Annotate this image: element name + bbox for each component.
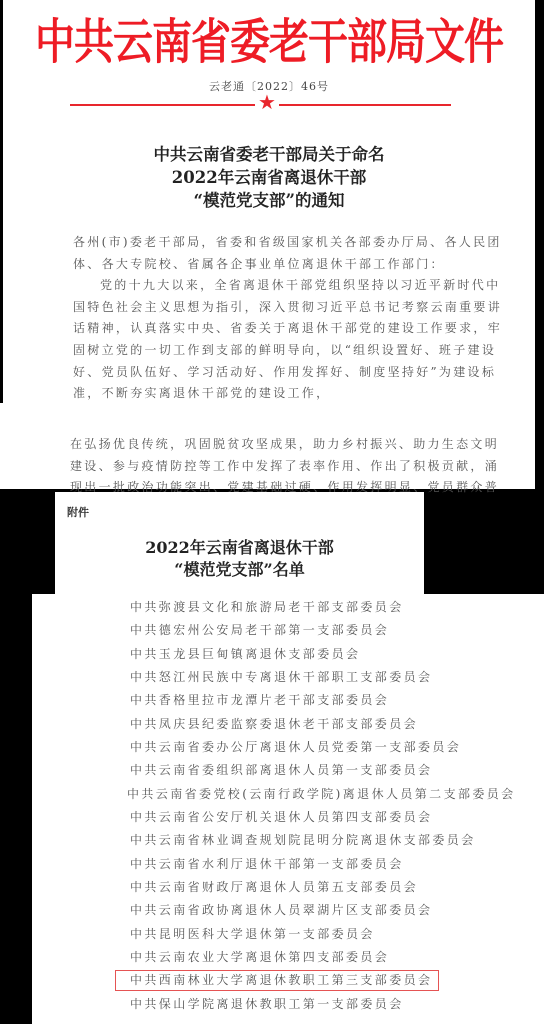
annex-header: 附件 2022年云南省离退休干部 “模范党支部”名单 [55,492,424,594]
issuer-title: 中共云南省委老干部局文件 [3,4,535,72]
list-item: 中共昆明医科大学退休第一支部委员会 [128,924,516,947]
list-item: 中共弥渡县文化和旅游局老干部支部委员会 [128,597,516,620]
notice-page: 中共云南省委老干部局文件 云老通〔2022〕46号 ★ 中共云南省委老干部局关于… [3,0,535,489]
list-item: 中共香格里拉市龙潭片老干部支部委员会 [128,690,516,713]
list-item: 中共云南省政协离退休人员翠湖片区支部委员会 [128,900,516,923]
salutation: 各州(市)委老干部局，省委和省级国家机关各部委办厅局、各人民团体、各大专院校、省… [73,232,513,275]
notice-body: 各州(市)委老干部局，省委和省级国家机关各部委办厅局、各人民团体、各大专院校、省… [73,232,513,405]
list-item: 中共云南省委党校(云南行政学院)离退休人员第二支部委员会 [125,784,516,807]
list-item: 中共云南省财政厅离退休人员第五支部委员会 [128,877,516,900]
notice-title: 中共云南省委老干部局关于命名 2022年云南省离退休干部 “模范党支部”的通知 [3,143,535,212]
branch-list-page: 中共弥渡县文化和旅游局老干部支部委员会 中共德宏州公安局老干部第一支部委员会 中… [32,594,544,1024]
notice-title-line: “模范党支部”的通知 [3,189,535,212]
annex-label: 附件 [67,504,89,520]
annex-title-line: 2022年云南省离退休干部 [55,537,424,559]
branch-list: 中共弥渡县文化和旅游局老干部支部委员会 中共德宏州公安局老干部第一支部委员会 中… [128,597,516,1017]
annex-title: 2022年云南省离退休干部 “模范党支部”名单 [55,537,424,581]
red-divider-right [279,104,451,106]
red-divider-left [70,104,255,106]
notice-title-line: 2022年云南省离退休干部 [3,166,535,189]
list-item: 中共云南省林业调查规划院昆明分院离退休支部委员会 [128,830,516,853]
red-star-icon: ★ [258,92,276,112]
list-item: 中共云南农业大学离退休第四支部委员会 [128,947,516,970]
annex-title-line: “模范党支部”名单 [55,559,424,581]
body-paragraph: 党的十九大以来，全省离退休干部党组织坚持以习近平新时代中国特色社会主义思想为指引… [73,275,513,405]
list-item: 中共玉龙县巨甸镇离退休支部委员会 [128,644,516,667]
list-item: 中共云南省水利厅退休干部第一支部委员会 [128,854,516,877]
list-item: 中共云南省公安厅机关退休人员第四支部委员会 [128,807,516,830]
list-item: 中共云南省委组织部离退休人员第一支部委员会 [128,760,516,783]
notice-title-line: 中共云南省委老干部局关于命名 [3,143,535,166]
list-item: 中共凤庆县纪委监察委退休老干部支部委员会 [128,714,516,737]
highlighted-list-item: 中共西南林业大学离退休教职工第三支部委员会 [116,971,438,990]
list-item: 中共怒江州民族中专离退休干部职工支部委员会 [128,667,516,690]
notice-page-extension [0,403,10,489]
list-item: 中共德宏州公安局老干部第一支部委员会 [128,620,516,643]
list-item: 中共保山学院离退休教职工第一支部委员会 [128,994,516,1017]
list-item: 中共云南省委办公厅离退休人员党委第一支部委员会 [128,737,516,760]
